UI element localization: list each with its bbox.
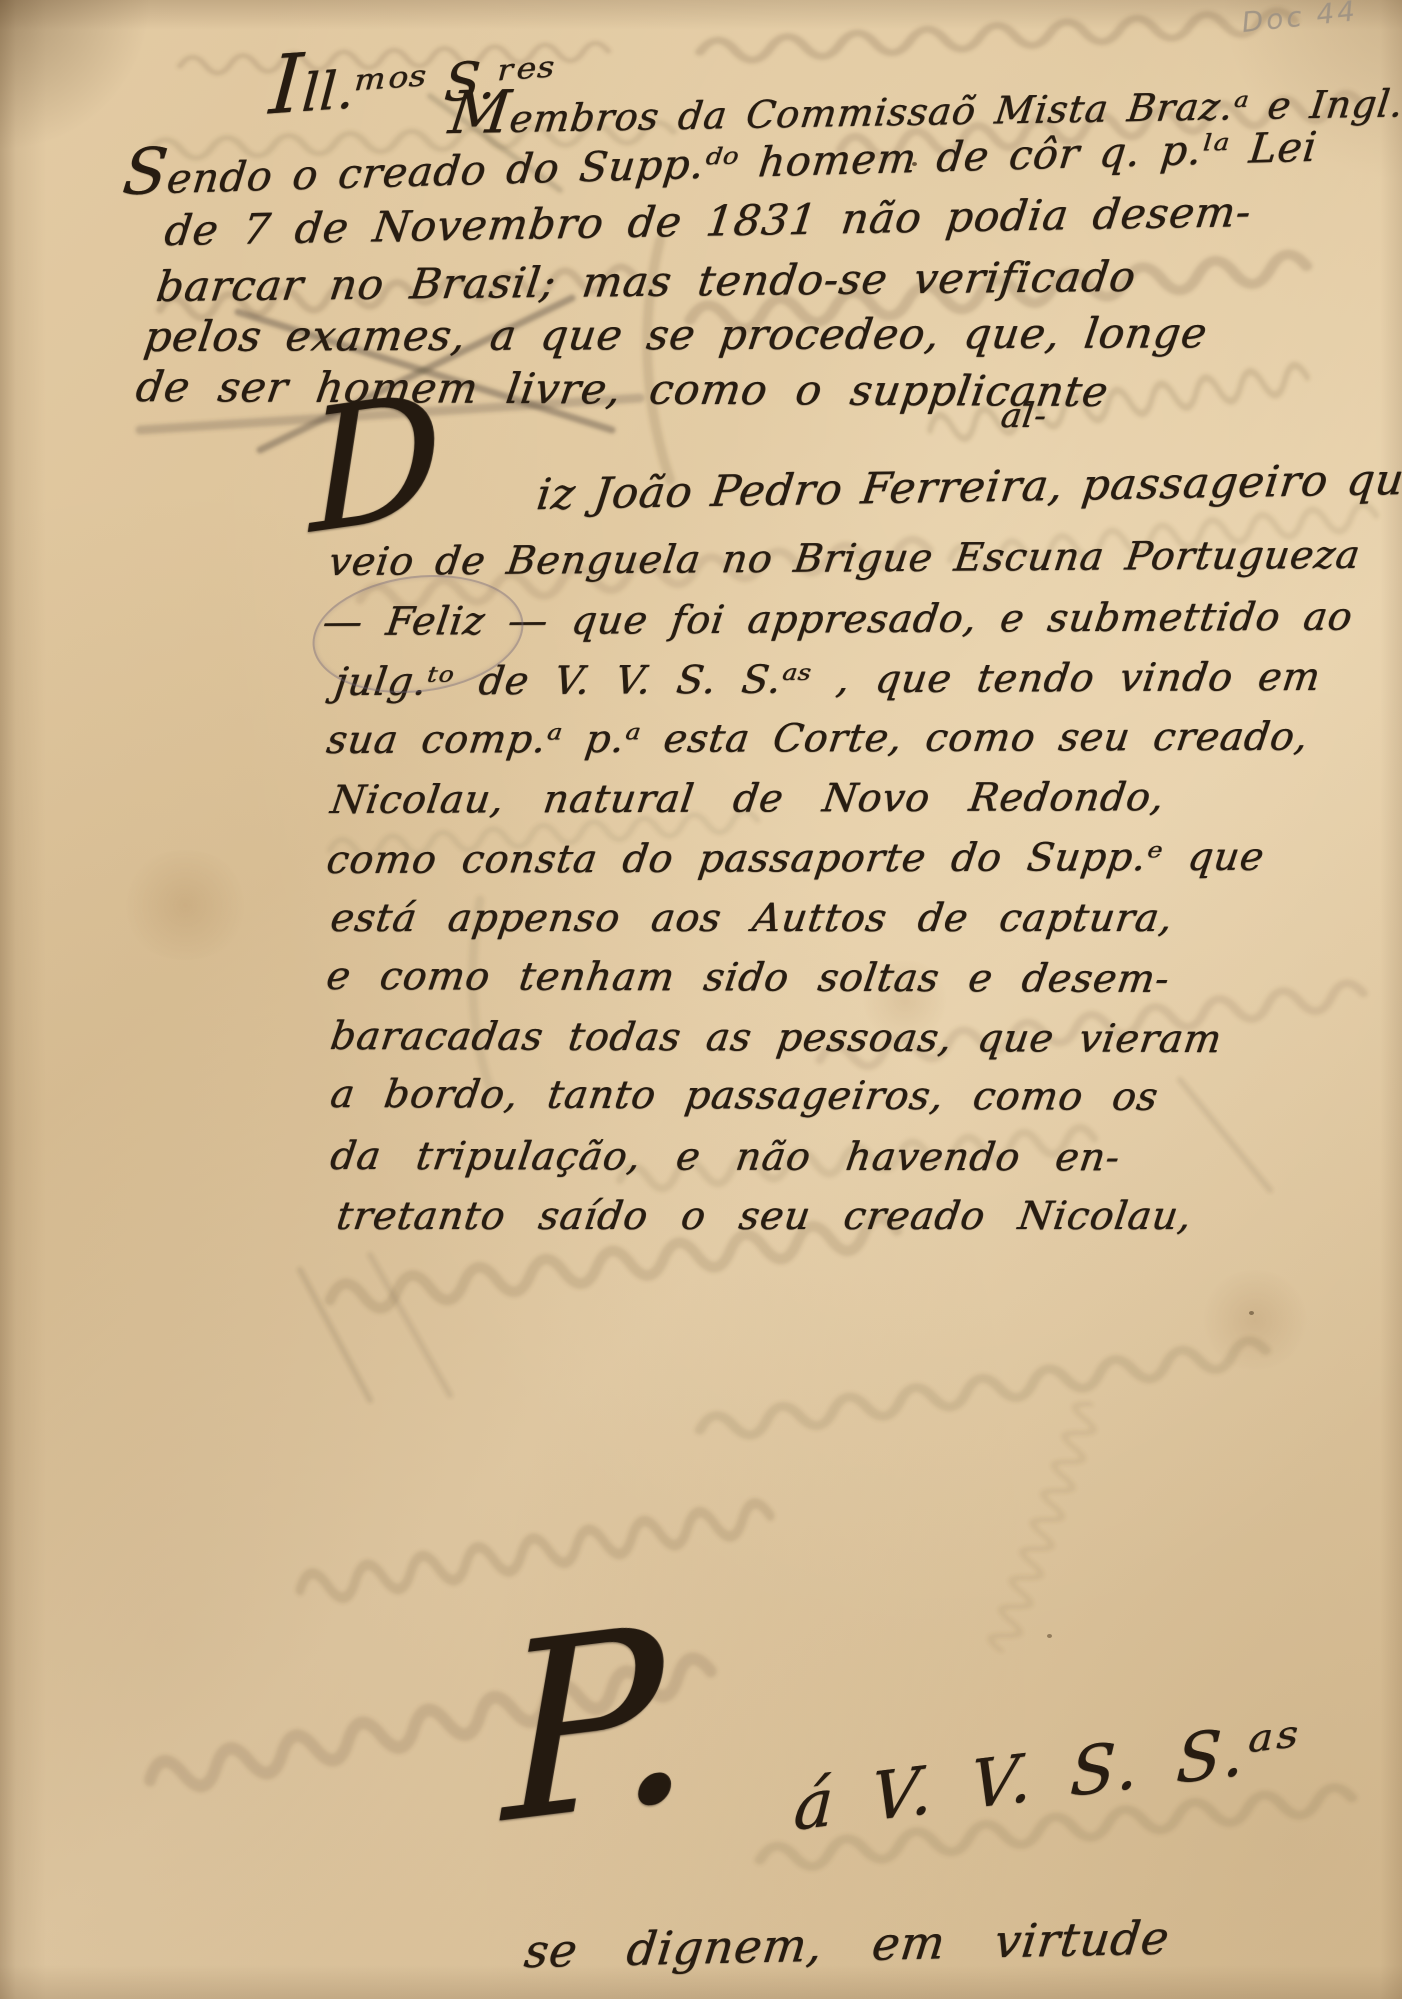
illuminated-initial-D: D [306,389,444,539]
manuscript-page: Doc 44 Ill.ᵐᵒˢ S.ʳᵉˢ Membros da Commissa… [0,0,1402,1999]
ink-fleck [1249,1311,1254,1315]
doc-number-annotation: Doc 44 [1240,0,1359,39]
manuscript-line: e como tenham sido soltas e desem- [324,954,1173,1002]
catchword: al- [998,396,1049,436]
ink-fleck [1047,1634,1052,1638]
manuscript-line: Nicolau, natural de Novo Redondo, [328,775,1167,823]
manuscript-line: a bordo, tanto passageiros, como os [328,1072,1162,1120]
paper-stain [120,850,250,960]
manuscript-line: está appenso aos Auttos de captura, [328,896,1176,941]
manuscript-line: veio de Benguela no Brigue Escuna Portug… [326,533,1363,585]
manuscript-line: como consta do passaporte do Supp.ᵉ que [324,835,1267,883]
manuscript-line: da tripulação, e não havendo en- [328,1134,1124,1180]
manuscript-line: pelos exames, a que se procedeo, que, lo… [141,308,1210,361]
closing-line: se dignem, em virtude [522,1910,1173,1978]
manuscript-line: baracadas todas as pessoas, que vieram [328,1014,1225,1062]
paper-stain [1200,1270,1310,1370]
closing-formula: á V. V. S. S.ᵃˢ [792,1706,1304,1847]
manuscript-line: barcar no Brasil; mas tendo-se verificad… [154,252,1139,311]
manuscript-line: sua comp.ᵃ p.ᵃ esta Corte, como seu crea… [324,715,1311,763]
manuscript-line: tretanto saído o seu creado Nicolau, [334,1194,1195,1239]
manuscript-line: de ser homem livre, como o supplicante [133,362,1112,416]
manuscript-line: iz João Pedro Ferreira, passageiro que [534,454,1402,520]
illuminated-initial-P: P. [500,1619,693,1832]
